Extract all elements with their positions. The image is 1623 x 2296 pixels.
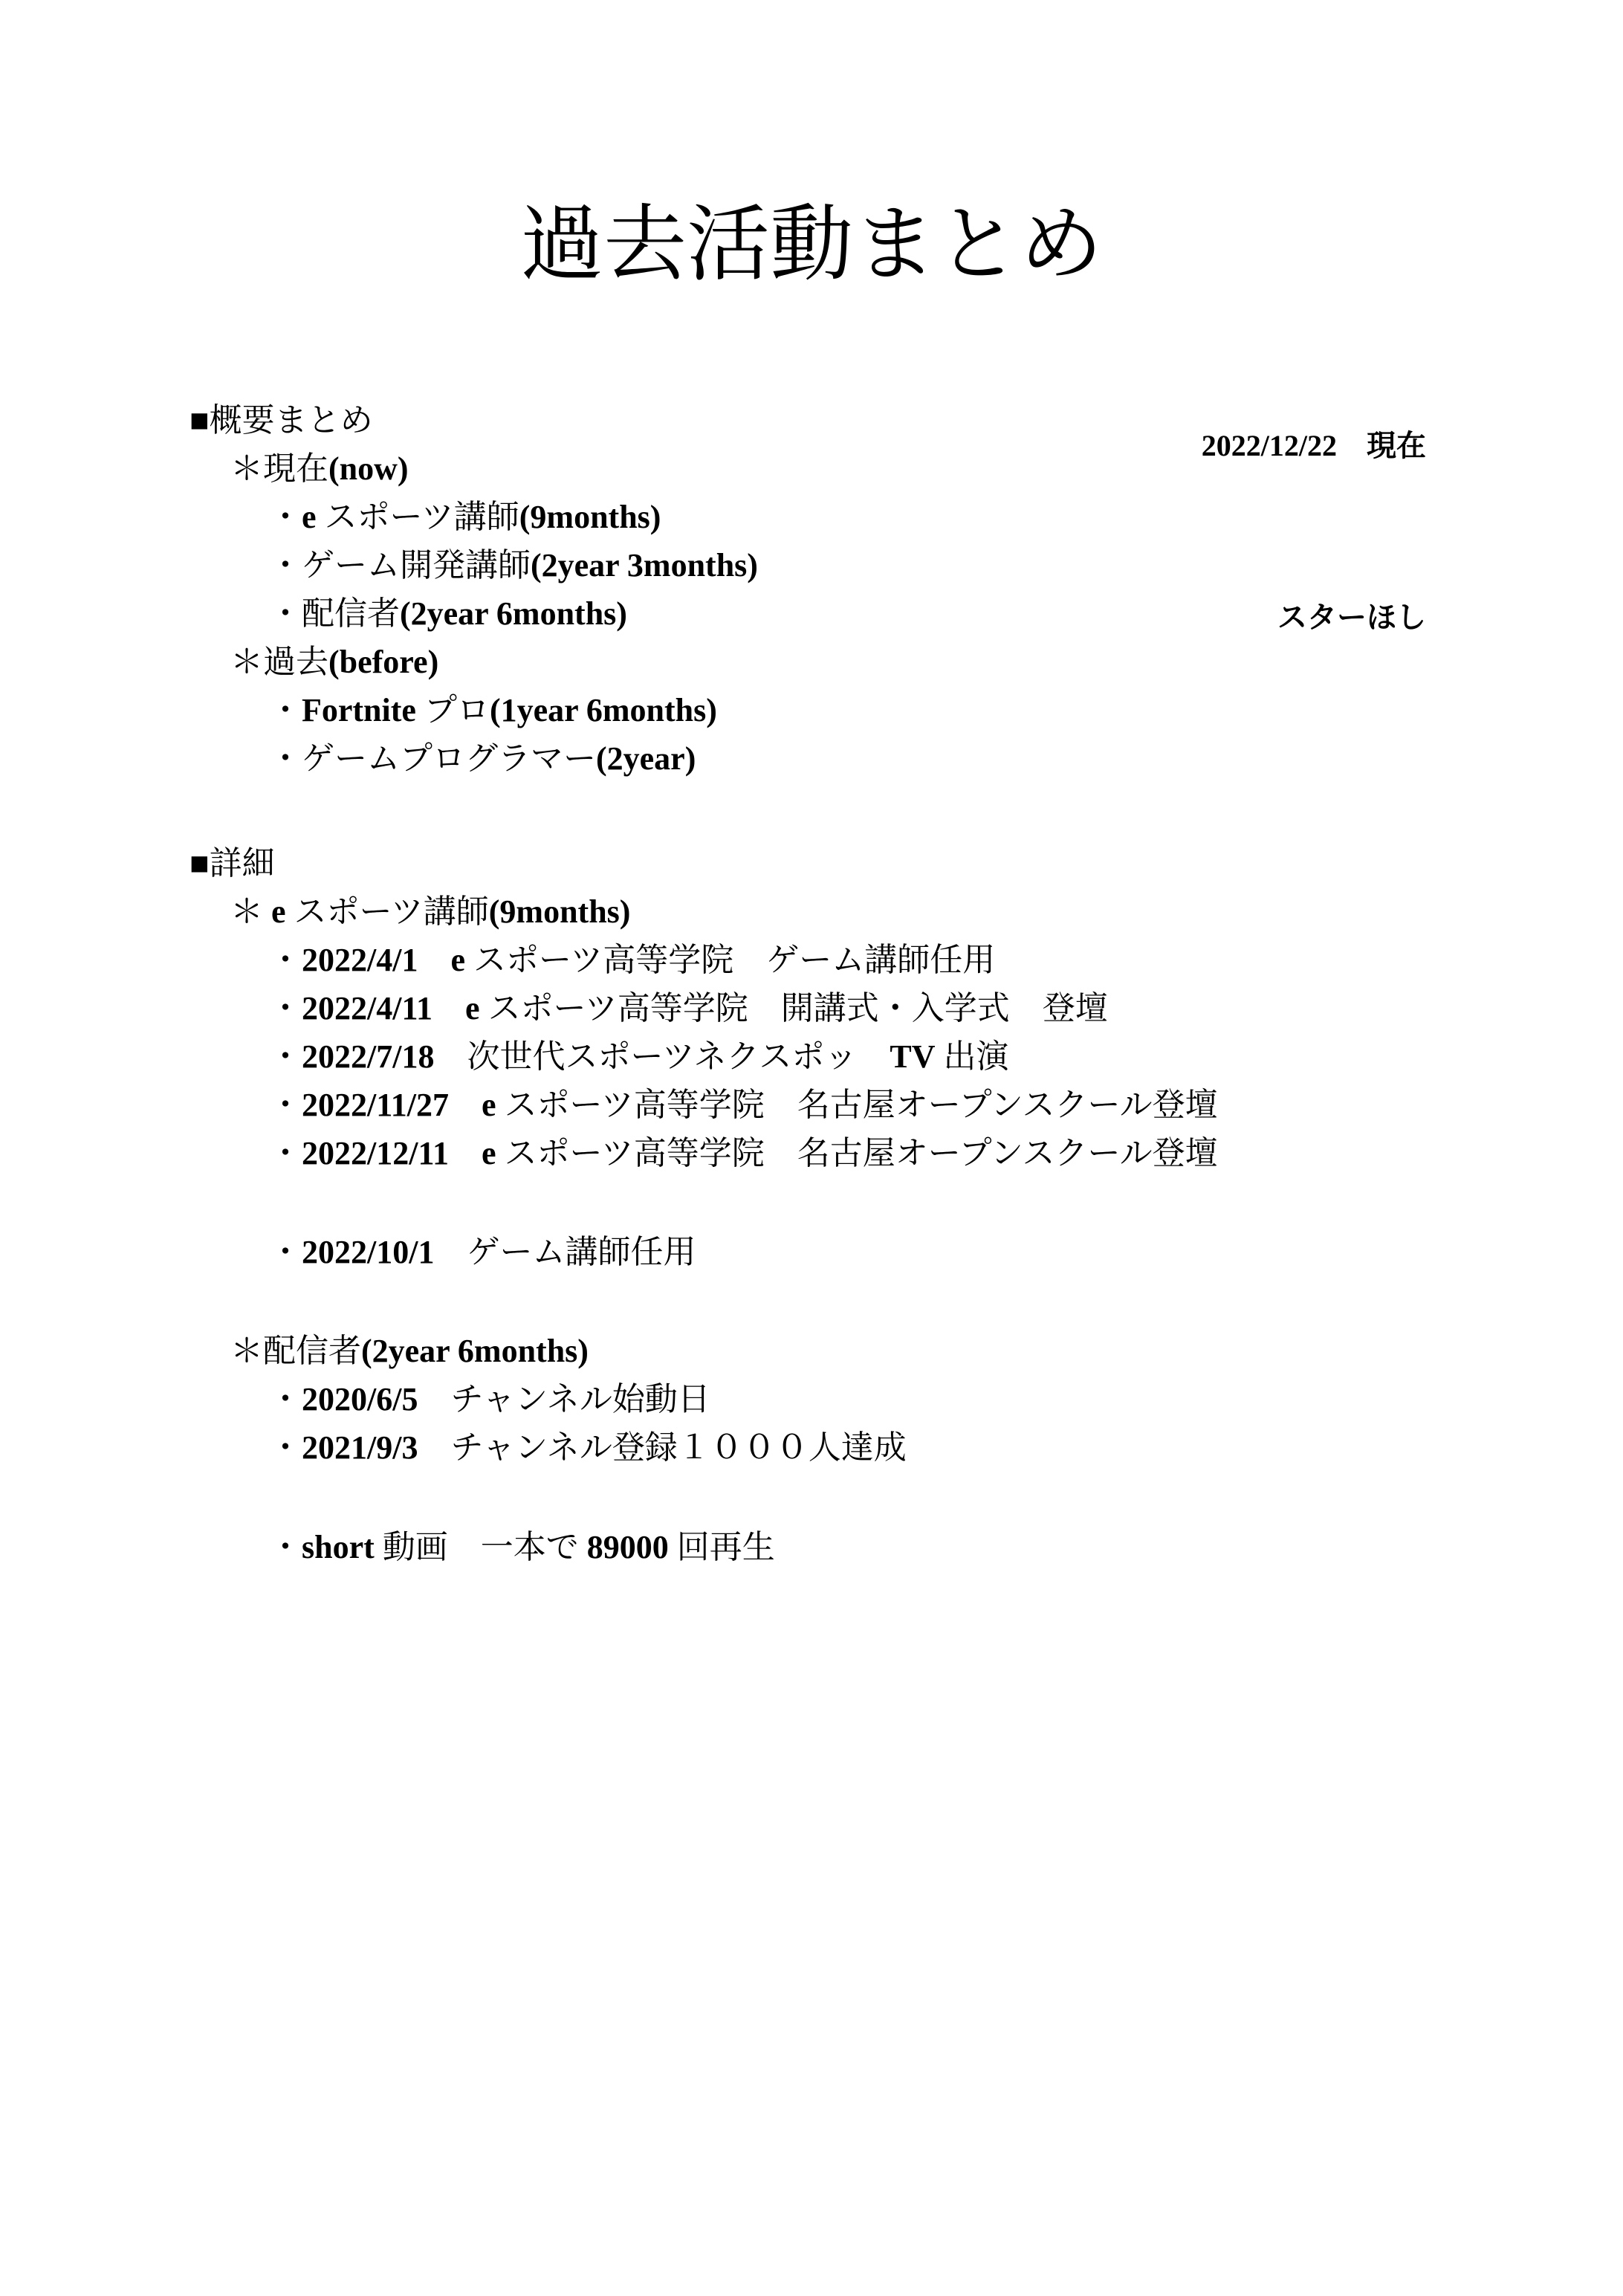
bullet-event-2022-04-01: ・2022/4/1 e スポーツ高等学院 ゲーム講師任用 bbox=[0, 936, 1623, 984]
document-page: 過去活動まとめ 2022/12/22 現在 スターほし ■概要まとめ ＊現在(n… bbox=[0, 0, 1623, 2296]
subheading-streamer: ＊配信者(2year 6months) bbox=[0, 1327, 1623, 1375]
byline: 2022/12/22 現在 スターほし bbox=[1202, 303, 1426, 760]
subheading-esports-lecturer: ＊ e スポーツ講師(9months) bbox=[0, 887, 1623, 936]
byline-date: 2022/12/22 現在 bbox=[1202, 417, 1426, 474]
bullet-short-video: ・short 動画 一本で 89000 回再生 bbox=[0, 1523, 1623, 1571]
bullet-event-2022-11-27: ・2022/11/27 e スポーツ高等学院 名古屋オープンスクール登壇 bbox=[0, 1081, 1623, 1129]
byline-author: スターほし bbox=[1202, 589, 1426, 646]
detail-heading: ■詳細 bbox=[0, 839, 1623, 887]
bullet-event-2020-06-05: ・2020/6/5 チャンネル始動日 bbox=[0, 1375, 1623, 1423]
bullet-event-2022-12-11: ・2022/12/11 e スポーツ高等学院 名古屋オープンスクール登壇 bbox=[0, 1129, 1623, 1177]
bullet-event-2022-07-18: ・2022/7/18 次世代スポーツネクスポッ TV 出演 bbox=[0, 1032, 1623, 1081]
page-title: 過去活動まとめ bbox=[0, 0, 1623, 294]
bullet-event-2022-10-01: ・2022/10/1 ゲーム講師任用 bbox=[0, 1228, 1623, 1276]
bullet-event-2022-04-11: ・2022/4/11 e スポーツ高等学院 開講式・入学式 登壇 bbox=[0, 984, 1623, 1032]
bullet-event-2021-09-03: ・2021/9/3 チャンネル登録１０００人達成 bbox=[0, 1423, 1623, 1472]
